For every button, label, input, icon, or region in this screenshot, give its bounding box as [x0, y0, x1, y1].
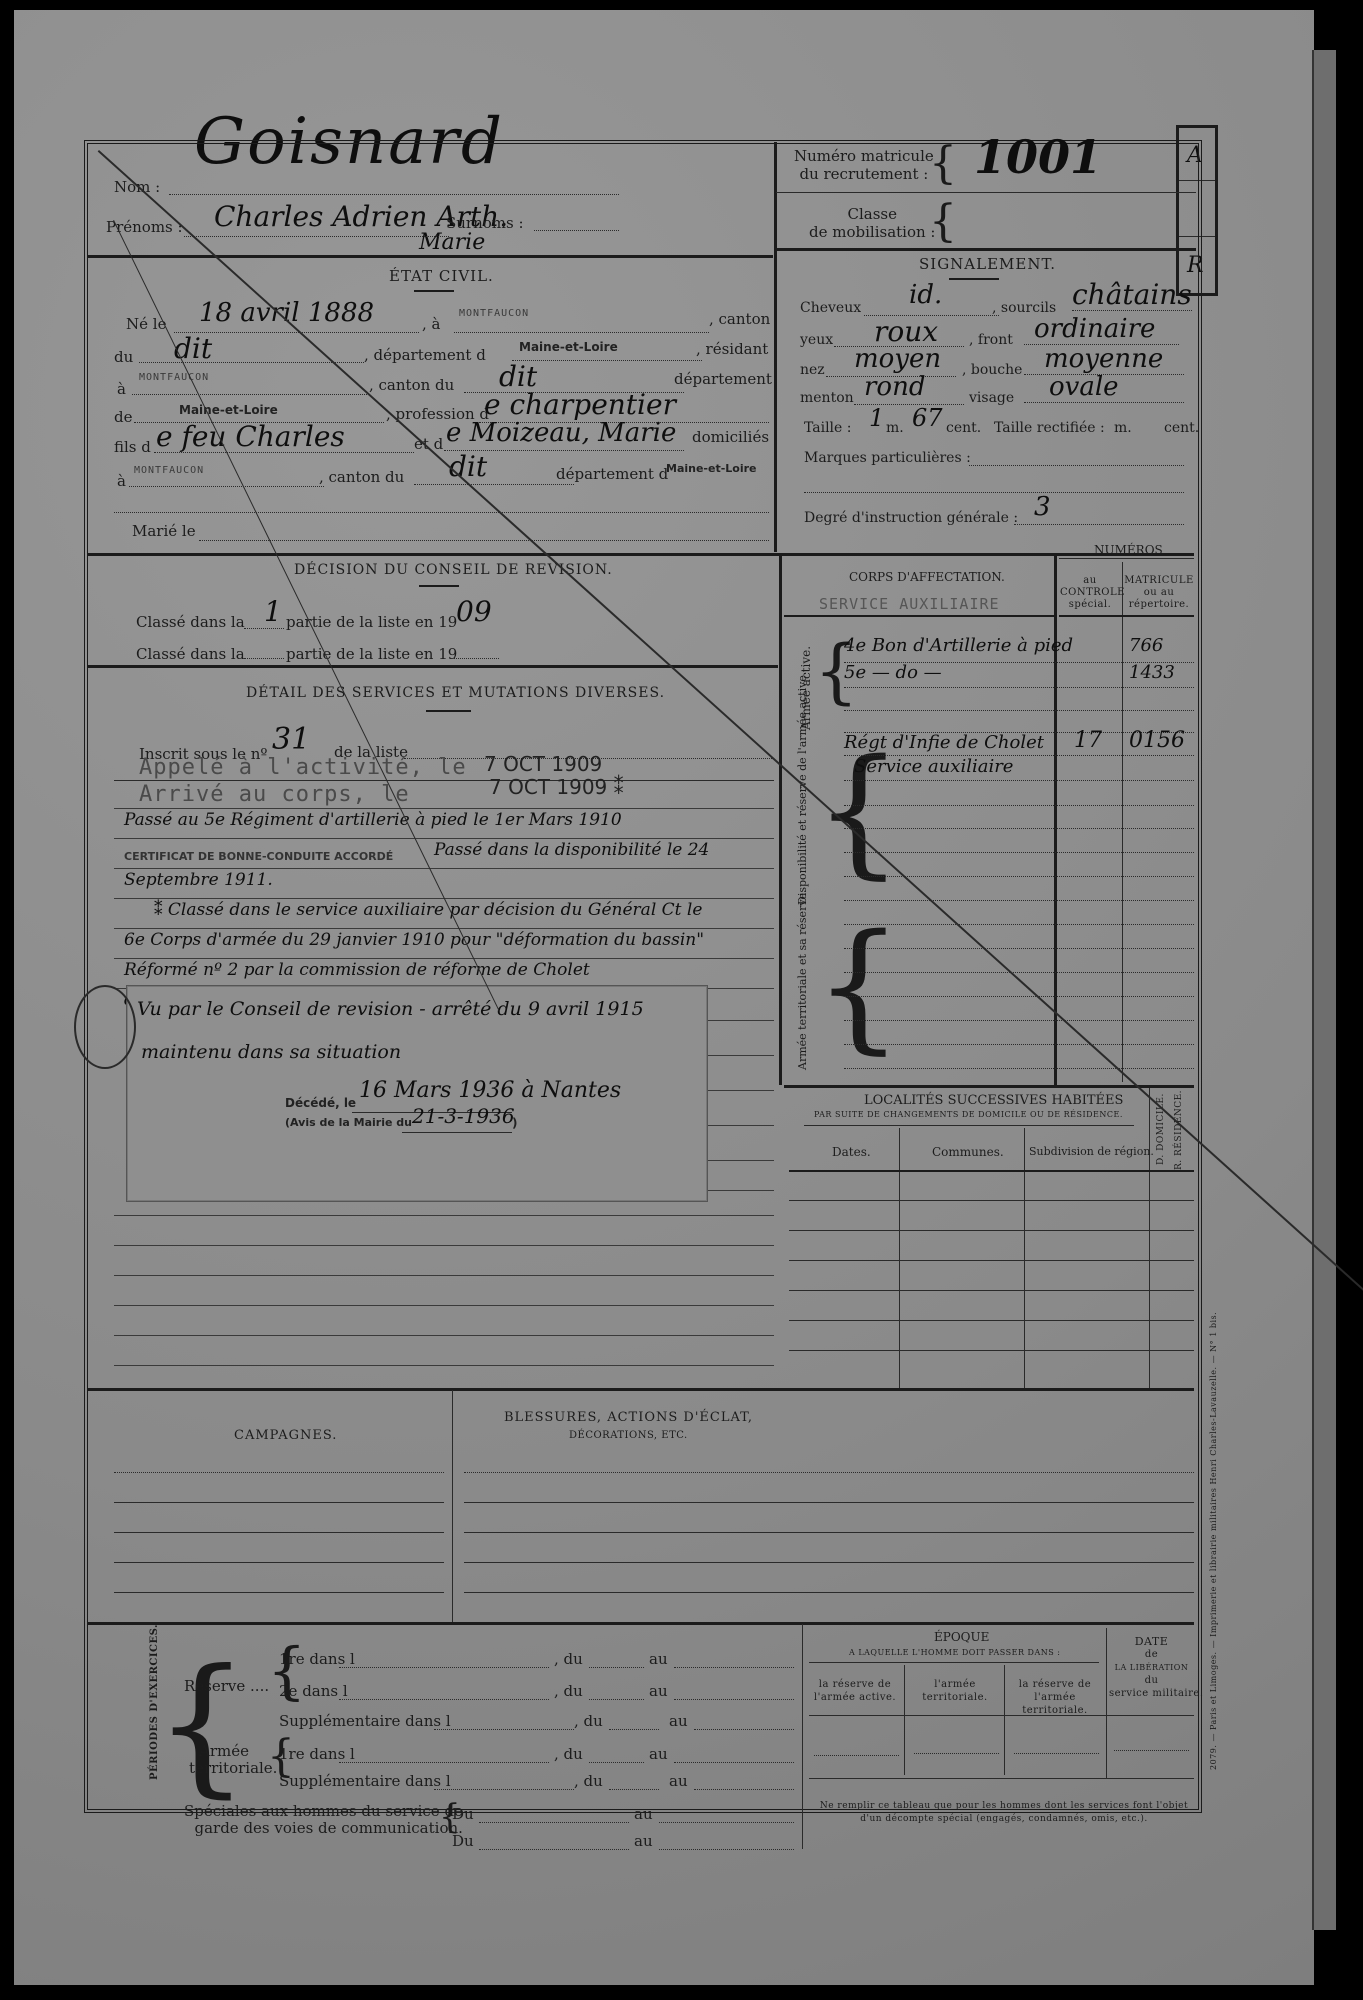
a2-label: à — [117, 380, 126, 398]
visage-label: visage — [969, 390, 1014, 406]
date-liberation-header: DATE de LA LIBÉRATION du service militai… — [1109, 1635, 1194, 1700]
col-matricule-header: MATRICULE ou au répertoire. — [1124, 575, 1194, 611]
matricule-label: Numéro matricule du recrutement : — [794, 147, 934, 183]
degre-value: 3 — [1034, 492, 1051, 522]
fils-value: e feu Charles — [156, 420, 345, 453]
canton3-label: , canton du — [319, 468, 404, 486]
yeux-label: yeux — [800, 332, 833, 348]
periodes-brace: { — [154, 1650, 249, 1800]
departement3-value: Maine-et-Loire — [666, 462, 757, 475]
corps-row-2: 5e — do — — [844, 662, 942, 683]
bouche-value: moyenne — [1044, 344, 1163, 374]
a3-value: MONTFAUCON — [134, 465, 204, 476]
services-line-6: Réformé nº 2 par la commission de réform… — [124, 960, 590, 980]
slip-line-1: Vu par le Conseil de revision - arrêté d… — [137, 998, 644, 1020]
taille-cent-value: 67 — [912, 404, 943, 432]
certificat-stamp: CERTIFICAT DE BONNE-CONDUITE ACCORDÉ — [124, 850, 393, 863]
canton-label: , canton — [709, 310, 770, 328]
pasted-slip: Vu par le Conseil de revision - arrêté d… — [126, 985, 708, 1202]
epoque-col-1: la réserve de l'armée active. — [809, 1678, 901, 1704]
marques-label: Marques particulières : — [804, 450, 971, 466]
localites-title: LOCALITÉS SUCCESSIVES HABITÉES — [864, 1093, 1123, 1108]
epoque-title: ÉPOQUE — [934, 1630, 989, 1644]
marie-label: Marié le — [132, 522, 196, 540]
arrive-stamp: Arrivé au corps, le — [139, 782, 410, 807]
decede-label: Décédé, le — [285, 1096, 356, 1110]
prenoms-value-2: Marie — [419, 230, 485, 255]
classe-label: Classe de mobilisation : — [809, 205, 935, 241]
residence-label: R. RÉSIDENCE. — [1174, 1090, 1184, 1170]
departement-value: Maine-et-Loire — [519, 340, 618, 354]
classe-brace: { — [929, 196, 957, 247]
de-label: de — [114, 408, 132, 426]
nez-label: nez — [800, 362, 825, 378]
epoque-col-2: l'armée territoriale. — [909, 1678, 1001, 1704]
taille-m-value: 1 — [869, 404, 884, 432]
departement3-label: département d — [556, 465, 668, 483]
service-auxiliaire-stamp: SERVICE AUXILIAIRE — [819, 595, 1000, 613]
ne-le-value: 18 avril 1888 — [199, 298, 374, 328]
epoque-subtitle: A LAQUELLE L'HOMME DOIT PASSER DANS : — [849, 1648, 1060, 1657]
avis-value: 21-3-1936 — [412, 1104, 515, 1128]
corps-row-1-matricule: 766 — [1129, 635, 1163, 656]
corps-row-4: Service auxiliaire — [854, 756, 1013, 777]
corps-row-1: 4e Bon d'Artillerie à pied — [844, 635, 1073, 656]
domicilies-label: domiciliés — [692, 428, 769, 446]
slip-line-2: maintenu dans sa situation — [141, 1041, 401, 1063]
classe-row1-value: 1 — [264, 595, 282, 628]
localites-col-subdivision: Subdivision de région. — [1029, 1145, 1154, 1158]
decede-value: 16 Mars 1936 à Nantes — [359, 1078, 621, 1103]
a-label: , à — [422, 315, 440, 333]
matricule-value: 1001 — [974, 130, 1102, 184]
cheveux-label: Cheveux — [800, 300, 861, 316]
services-title: DÉTAIL DES SERVICES ET MUTATIONS DIVERSE… — [246, 685, 665, 701]
localites-col-communes: Communes. — [932, 1145, 1004, 1159]
taille-m-label: m. — [886, 420, 904, 436]
campagnes-title: CAMPAGNES. — [234, 1428, 337, 1443]
register-page: A R Goisnard Nom : Prénoms : Charles Adr… — [14, 10, 1314, 1985]
surnoms-label: Surnoms : — [446, 214, 524, 232]
front-value: ordinaire — [1034, 314, 1155, 344]
inscrit-value: 31 — [272, 722, 310, 757]
taille-rectifiee-m: m. — [1114, 420, 1132, 436]
nez-value: moyen — [854, 344, 941, 374]
numeros-title: NUMÉROS — [1094, 543, 1163, 557]
services-line-1: Passé au 5e Régiment d'artillerie à pied… — [124, 810, 622, 830]
corps-row-3-controle: 17 — [1074, 728, 1102, 753]
services-line-3: Septembre 1911. — [124, 870, 273, 890]
printer-imprint: 2079. — Paris et Limoges. — Imprimerie e… — [1209, 1312, 1218, 1770]
blessures-subtitle: DÉCORATIONS, ETC. — [569, 1430, 688, 1441]
avis-close: ) — [512, 1116, 517, 1130]
round-stamp — [74, 985, 136, 1069]
services-line-4: ⁑ Classé dans le service auxiliaire par … — [154, 900, 702, 920]
page-edge — [1312, 50, 1336, 1930]
epoque-note: Ne remplir ce tableau que pour les homme… — [814, 1800, 1194, 1826]
corps-affectation-title: CORPS D'AFFECTATION. — [849, 570, 1005, 584]
residant-label: , résidant — [696, 340, 768, 358]
services-line-2: Passé dans la disponibilité le 24 — [434, 840, 709, 860]
fils-label: fils d — [114, 438, 151, 456]
corps-row-2-matricule: 1433 — [1129, 662, 1175, 683]
reserve-label: Réserve .... — [184, 1677, 269, 1695]
classe-row1-label: Classé dans la — [136, 613, 245, 631]
visage-value: ovale — [1049, 372, 1119, 402]
a3-label: à — [117, 472, 126, 490]
matricule-brace: { — [929, 138, 957, 189]
departement-label: , département d — [364, 346, 486, 364]
menton-label: menton — [800, 390, 854, 406]
arrive-date: 7 OCT 1909 ⁑ — [489, 775, 624, 799]
taille-rectifiee-label: Taille rectifiée : — [994, 420, 1105, 436]
col-controle-header: au CONTROLE spécial. — [1060, 575, 1120, 611]
menton-value: rond — [864, 372, 925, 402]
services-line-5: 6e Corps d'armée du 29 janvier 1910 pour… — [124, 930, 704, 950]
avis-label: (Avis de la Mairie du — [285, 1116, 412, 1129]
localites-col-dates: Dates. — [832, 1145, 871, 1159]
taille-label: Taille : — [804, 420, 851, 436]
classe-row1-year: 09 — [456, 595, 492, 628]
a-value: MONTFAUCON — [459, 308, 529, 319]
section-territoriale: Armée territoriale et sa réserve. — [796, 889, 809, 1070]
taille-rectifiee-cent: cent. — [1164, 420, 1199, 436]
canton3-value: dit — [449, 450, 487, 483]
front-label: , front — [969, 332, 1013, 348]
bouche-label: , bouche — [962, 362, 1022, 378]
sourcils-value: châtains — [1072, 278, 1192, 311]
appele-date: 7 OCT 1909 — [484, 752, 602, 776]
epoque-col-3: la réserve de l'armée territoriale. — [1009, 1678, 1101, 1717]
du-label: du — [114, 348, 133, 366]
speciales-label: Spéciales aux hommes du service de garde… — [184, 1803, 463, 1837]
localites-subtitle: PAR SUITE DE CHANGEMENTS DE DOMICILE OU … — [814, 1110, 1123, 1119]
appele-stamp: Appelé à l'activité, le — [139, 755, 467, 780]
profession-value: e charpentier — [484, 388, 676, 421]
a2-value: MONTFAUCON — [139, 372, 209, 383]
classe-row2-label: Classé dans la — [136, 645, 245, 663]
territoriale-label: Armée territoriale. — [189, 1743, 259, 1777]
etat-civil-title: ÉTAT CIVIL. — [389, 267, 494, 285]
corps-row-3-matricule: 0156 — [1129, 728, 1185, 753]
du-value: dit — [174, 332, 212, 365]
degre-label: Degré d'instruction générale : — [804, 510, 1018, 526]
et-value: e Moizeau, Marie — [446, 418, 676, 448]
de-value: Maine-et-Loire — [179, 403, 278, 417]
taille-cent-label: cent. — [946, 420, 981, 436]
departement2-label: département — [674, 370, 772, 388]
canton2-label: , canton du — [369, 376, 454, 394]
blessures-title: BLESSURES, ACTIONS D'ÉCLAT, — [504, 1410, 753, 1425]
corps-row-3: Régt d'Infie de Cholet — [844, 732, 1044, 753]
signalement-title: SIGNALEMENT. — [919, 255, 1056, 273]
classe-row2-partie: partie de la liste en 19 — [286, 645, 457, 663]
cheveux-value: id. — [909, 280, 942, 310]
